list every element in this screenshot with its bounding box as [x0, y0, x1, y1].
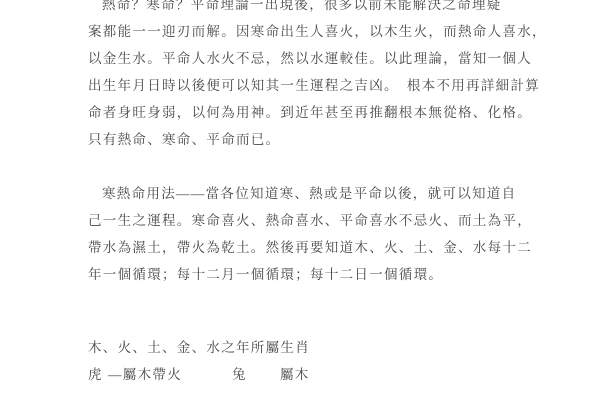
paragraph-cold-hot-theory: 熱命？寒命？平命理論一出現後，很多以前未能解決之命理疑 案都能一一迎刃而解。因寒…: [88, 0, 558, 153]
paragraph1-line1: 熱命？寒命？平命理論一出現後，很多以前未能解決之命理疑: [88, 0, 558, 18]
zodiac-table-row: 虎 —屬木帶火 兔 屬木: [88, 361, 558, 388]
document-page: 熱命？寒命？平命理論一出現後，很多以前未能解決之命理疑 案都能一一迎刃而解。因寒…: [0, 0, 600, 400]
paragraph1-line2: 案都能一一迎刃而解。因寒命出生人喜火，以木生火，而熱命人喜水，: [88, 18, 558, 45]
section-heading-five-elements-zodiac: 木、火、土、金、水之年所屬生肖: [88, 334, 558, 361]
section-heading-text: 木、火、土、金、水之年所屬生肖: [88, 334, 558, 361]
paragraph2-line4: 年一個循環；每十二月一個循環；每十二日一個循環。: [88, 261, 558, 288]
paragraph-usage-of-cold-hot-life: 寒熱命用法——當各位知道寒、熱或是平命以後，就可以知道自 己一生之運程。寒命喜火…: [88, 180, 558, 288]
paragraph1-line3: 以金生水。平命人水火不忌，然以水運較佳。以此理論，當知一個人: [88, 45, 558, 72]
zodiac-attribute-rabbit: 屬木: [280, 361, 310, 388]
paragraph2-line2: 己一生之運程。寒命喜火、熱命喜水、平命喜水不忌火、而土為平，: [88, 207, 558, 234]
zodiac-attribute-tiger: —屬木帶火: [108, 361, 182, 388]
paragraph1-line6: 只有熱命、寒命、平命而已。: [88, 126, 558, 153]
paragraph1-line4: 出生年月日時以後便可以知其一生運程之吉凶。 根本不用再詳細計算: [88, 72, 558, 99]
paragraph1-line5: 命者身旺身弱，以何為用神。到近年甚至再推翻根本無從格、化格。: [88, 99, 558, 126]
paragraph2-line1: 寒熱命用法——當各位知道寒、熱或是平命以後，就可以知道自: [88, 180, 558, 207]
paragraph2-line3: 帶水為濕土，帶火為乾土。然後再要知道木、火、土、金、水每十二: [88, 234, 558, 261]
zodiac-animal-rabbit: 兔: [232, 361, 247, 388]
zodiac-animal-tiger: 虎: [88, 361, 103, 388]
